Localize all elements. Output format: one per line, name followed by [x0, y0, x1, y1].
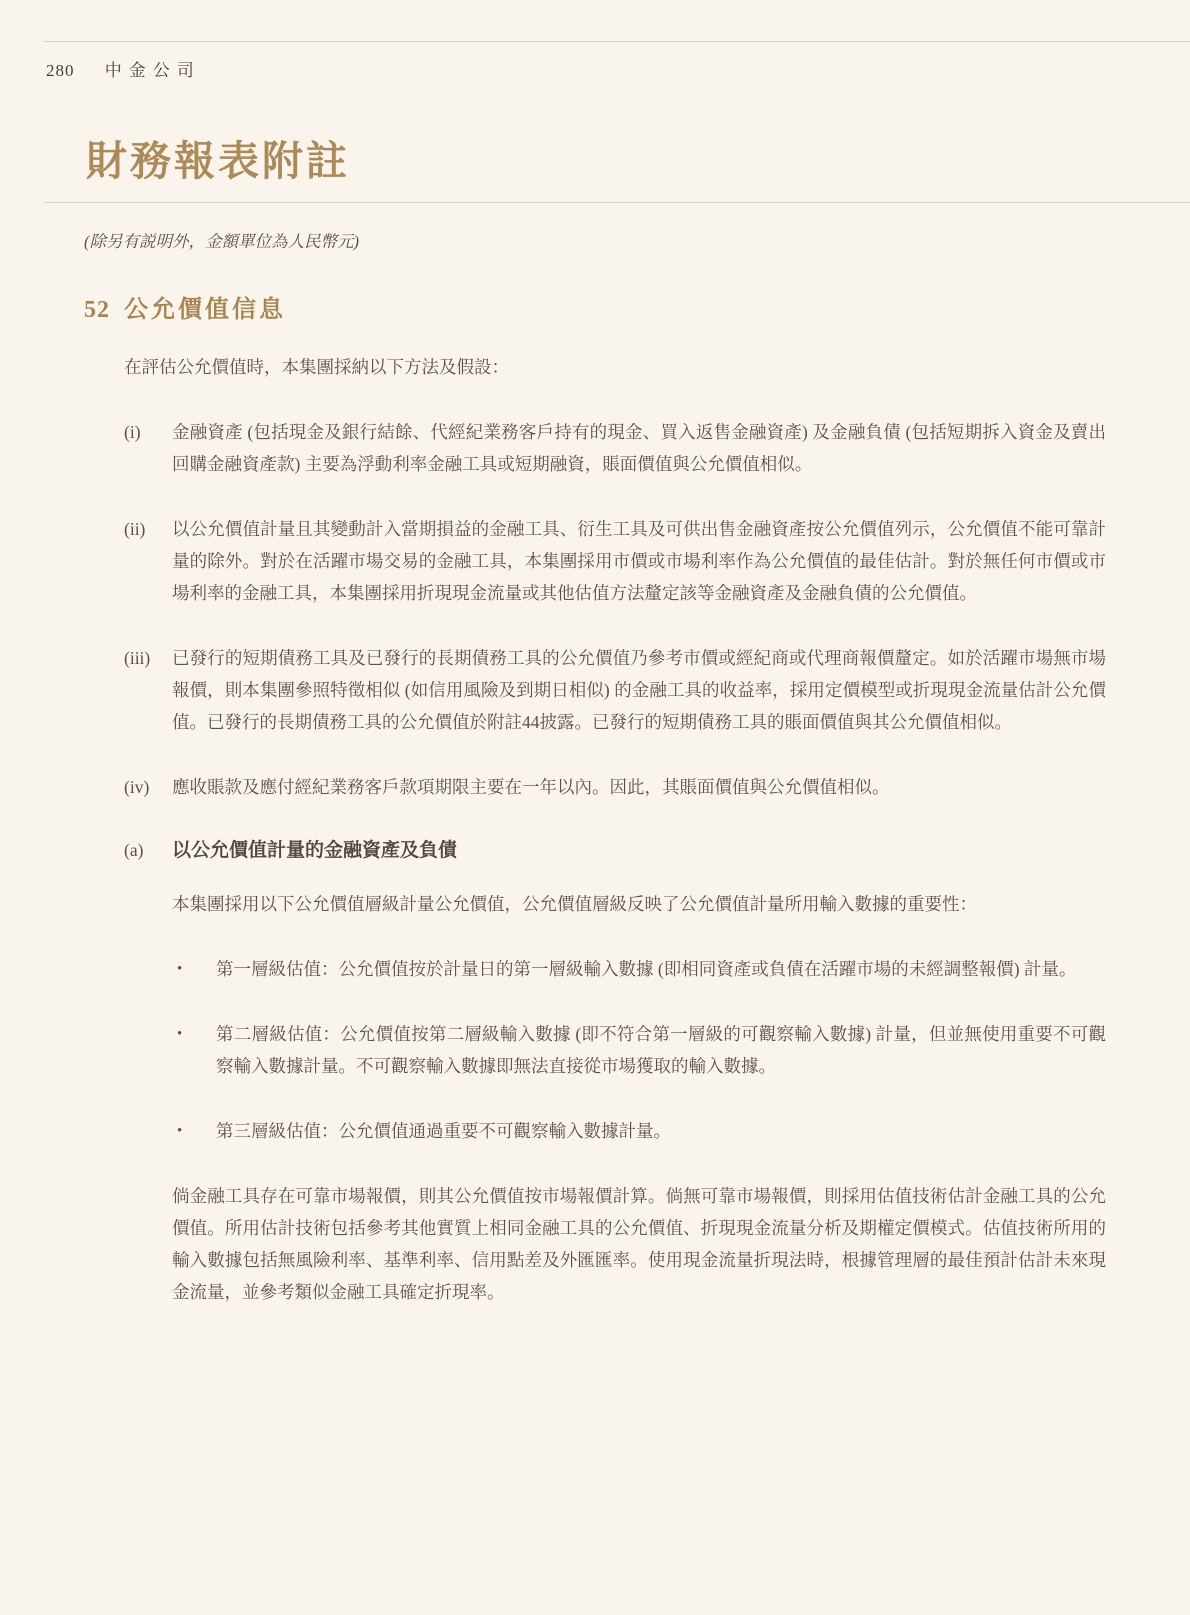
subsection-title: 以公允價值計量的金融資產及負債	[172, 835, 457, 867]
bullet-text: 第三層級估值：公允價值通過重要不可觀察輸入數據計量。	[216, 1115, 1106, 1147]
subsection-intro: 本集團採用以下公允價值層級計量公允價值，公允價值層級反映了公允價值計量所用輸入數…	[172, 888, 1106, 920]
bullet-item: • 第三層級估值：公允價值通過重要不可觀察輸入數據計量。	[172, 1115, 1106, 1147]
currency-unit-note: (除另有説明外，金額單位為人民幣元)	[84, 228, 1190, 252]
document-title: 財務報表附註	[86, 141, 1190, 182]
list-item: (iii) 已發行的短期債務工具及已發行的長期債務工具的公允價值乃參考市價或經紀…	[124, 642, 1106, 738]
list-item-text: 應收賬款及應付經紀業務客戶款項期限主要在一年以內。因此，其賬面價值與公允價值相似…	[172, 771, 1106, 803]
bullet-text: 第二層級估值：公允價值按第二層級輸入數據 (即不符合第一層級的可觀察輸入數據) …	[216, 1018, 1106, 1082]
list-item: (ii) 以公允價值計量且其變動計入當期損益的金融工具、衍生工具及可供出售金融資…	[124, 513, 1106, 609]
bullet-item: • 第一層級估值：公允價值按於計量日的第一層級輸入數據 (即相同資產或負債在活躍…	[172, 953, 1106, 985]
report-page: 280 中金公司 財務報表附註 (除另有説明外，金額單位為人民幣元) 52 公允…	[0, 41, 1190, 1308]
list-item-label: (ii)	[124, 513, 172, 609]
bullet-text: 第一層級估值：公允價值按於計量日的第一層級輸入數據 (即相同資產或負債在活躍市場…	[216, 953, 1106, 985]
list-item: (i) 金融資產 (包括現金及銀行結餘、代經紀業務客戶持有的現金、買入返售金融資…	[124, 416, 1106, 480]
subsection-heading: (a) 以公允價值計量的金融資產及負債	[124, 834, 1106, 867]
section-title: 公允價值信息	[124, 289, 286, 324]
list-item-text: 金融資產 (包括現金及銀行結餘、代經紀業務客戶持有的現金、買入返售金融資產) 及…	[172, 416, 1106, 480]
list-item-text: 以公允價值計量且其變動計入當期損益的金融工具、衍生工具及可供出售金融資產按公允價…	[172, 513, 1106, 609]
list-item-text: 已發行的短期債務工具及已發行的長期債務工具的公允價值乃參考市價或經紀商或代理商報…	[172, 642, 1106, 738]
bullet-item: • 第二層級估值：公允價值按第二層級輸入數據 (即不符合第一層級的可觀察輸入數據…	[172, 1018, 1106, 1082]
list-item: (iv) 應收賬款及應付經紀業務客戶款項期限主要在一年以內。因此，其賬面價值與公…	[124, 771, 1106, 803]
list-item-label: (iii)	[124, 642, 172, 738]
bullet-icon: •	[172, 1115, 216, 1147]
list-item-label: (i)	[124, 416, 172, 480]
page-number: 280	[46, 61, 75, 80]
title-rule	[44, 202, 1190, 203]
header-rule	[44, 41, 1190, 42]
section-heading: 52 公允價值信息	[84, 289, 1190, 324]
subsection-content: 本集團採用以下公允價值層級計量公允價值，公允價值層級反映了公允價值計量所用輸入數…	[172, 888, 1106, 1308]
section-intro: 在評估公允價值時，本集團採納以下方法及假設：	[124, 351, 1106, 383]
subsection-label: (a)	[124, 834, 172, 866]
subsection-closing: 倘金融工具存在可靠市場報價，則其公允價值按市場報價計算。倘無可靠市場報價，則採用…	[172, 1180, 1106, 1308]
company-name: 中金公司	[105, 61, 201, 80]
bullet-icon: •	[172, 953, 216, 985]
section-number: 52	[84, 297, 124, 324]
page-header: 280 中金公司	[46, 56, 1190, 81]
list-item-label: (iv)	[124, 771, 172, 803]
bullet-icon: •	[172, 1018, 216, 1082]
section-content: 在評估公允價值時，本集團採納以下方法及假設： (i) 金融資產 (包括現金及銀行…	[124, 351, 1106, 1308]
